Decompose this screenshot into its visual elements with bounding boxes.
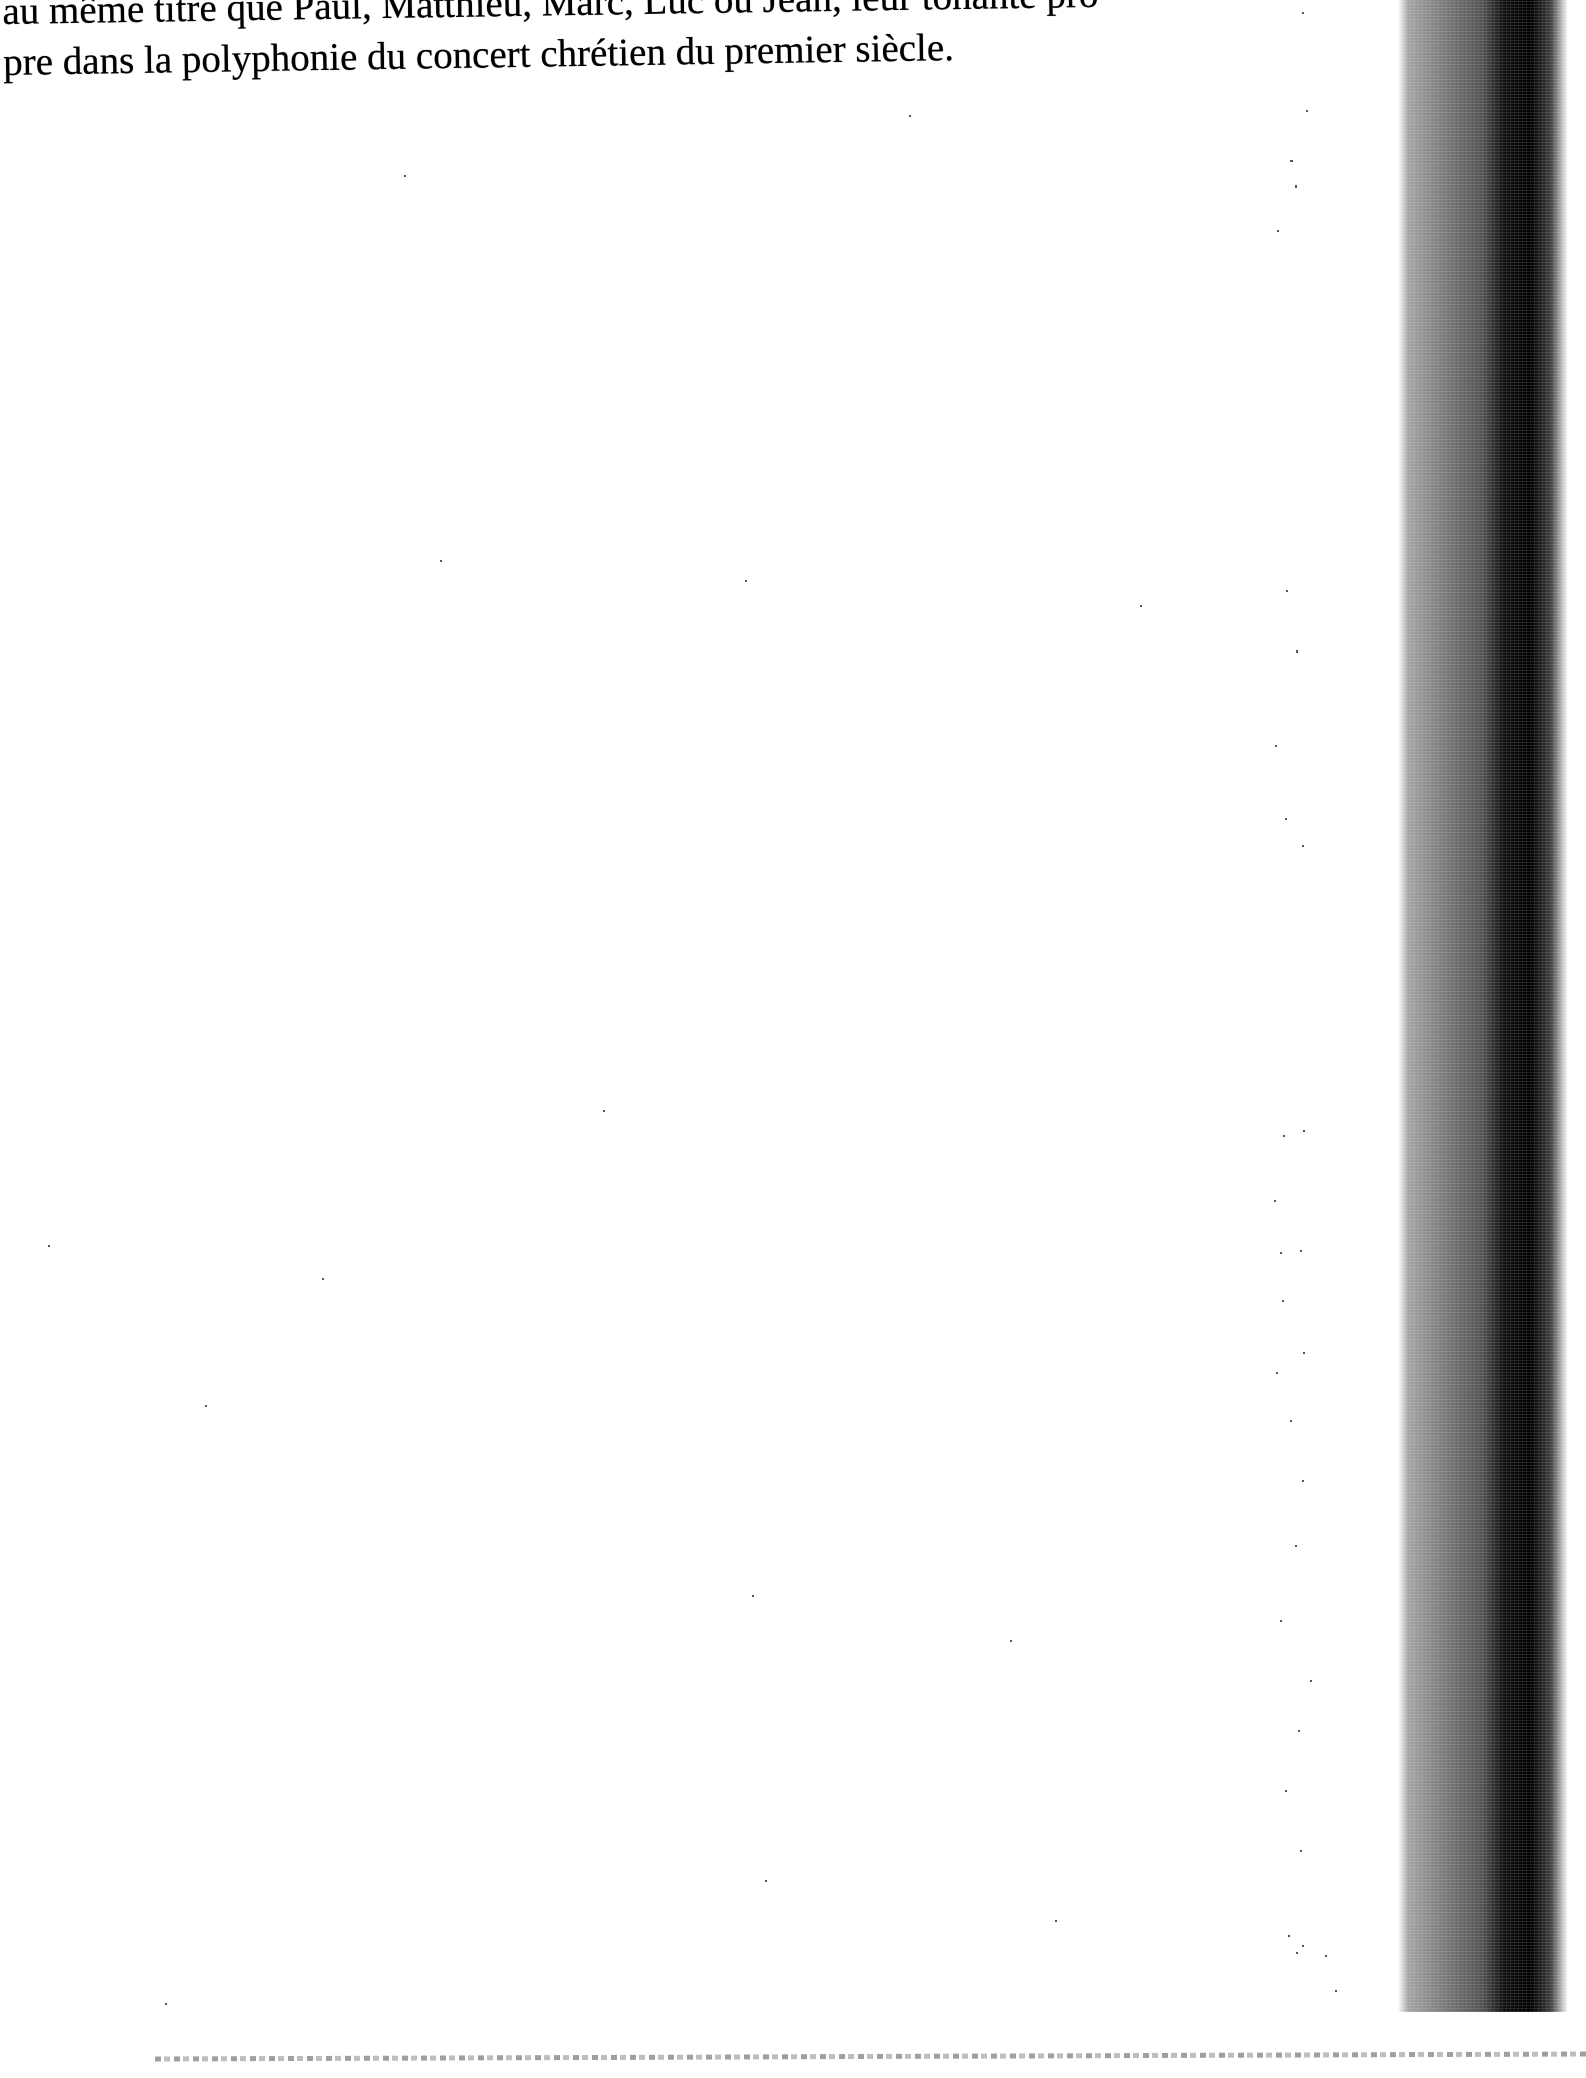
body-text: au même titre que Paul, Matthieu, Marc, … [2, 0, 1303, 88]
scan-speckles [0, 0, 1586, 2078]
scanned-page: au même titre que Paul, Matthieu, Marc, … [0, 0, 1586, 2078]
scan-edge-artifact [155, 2052, 1586, 2062]
binding-shadow-texture [1398, 0, 1568, 2012]
